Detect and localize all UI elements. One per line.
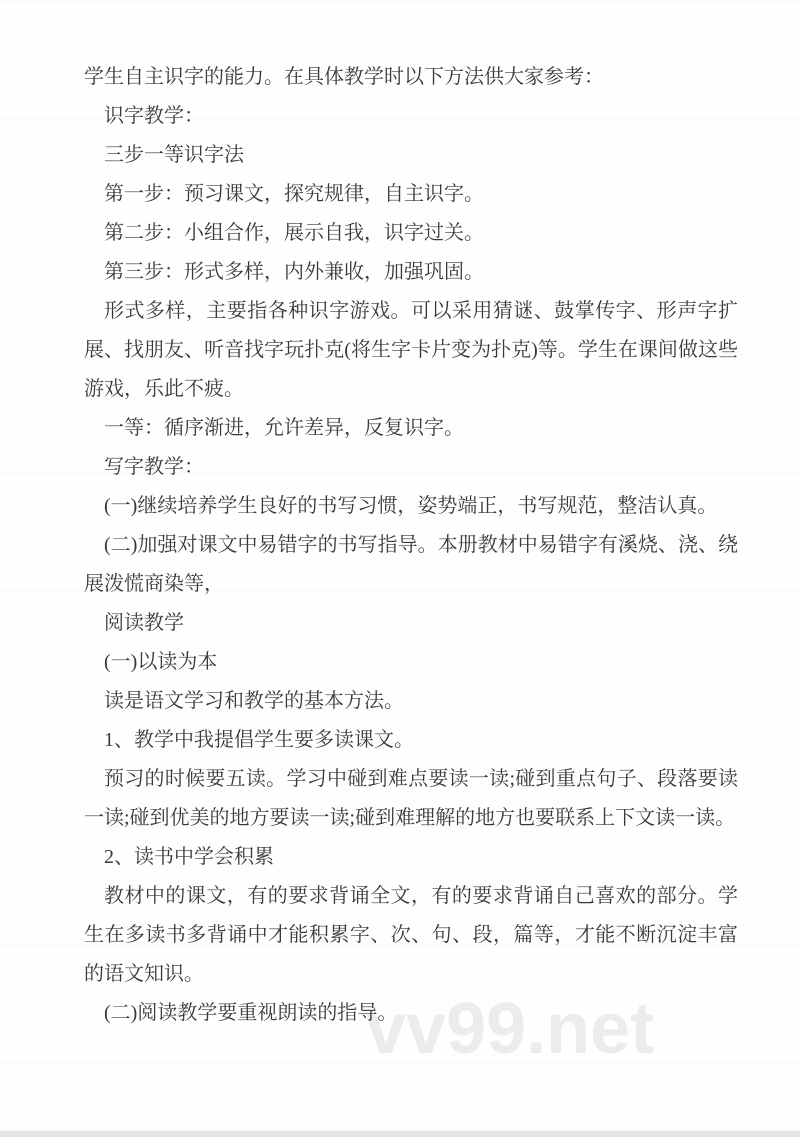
paragraph: 学生自主识字的能力。在具体教学时以下方法供大家参考： [84, 58, 738, 97]
paragraph: 读是语文学习和教学的基本方法。 [84, 682, 738, 721]
paragraph: 三步一等识字法 [84, 136, 738, 175]
paragraph: (二)加强对课文中易错字的书写指导。本册教材中易错字有溪烧、浇、绕展泼慌商染等， [84, 526, 738, 604]
paragraph: 预习的时候要五读。学习中碰到难点要读一读;碰到重点句子、段落要读一读;碰到优美的… [84, 760, 738, 838]
paragraph: 形式多样，主要指各种识字游戏。可以采用猜谜、鼓掌传字、形声字扩展、找朋友、听音找… [84, 292, 738, 409]
paragraph: (一)以读为本 [84, 643, 738, 682]
paragraph: 2、读书中学会积累 [84, 838, 738, 877]
paragraph: 第二步：小组合作，展示自我，识字过关。 [84, 214, 738, 253]
paragraph: 阅读教学 [84, 604, 738, 643]
paragraph: 1、教学中我提倡学生要多读课文。 [84, 721, 738, 760]
page-bottom-edge [0, 1130, 800, 1137]
paragraph: 写字教学： [84, 448, 738, 487]
paragraph: 一等：循序渐进，允许差异，反复识字。 [84, 409, 738, 448]
paragraph: 第一步：预习课文，探究规律，自主识字。 [84, 175, 738, 214]
document-page: vv99.net 学生自主识字的能力。在具体教学时以下方法供大家参考：识字教学：… [0, 0, 800, 1137]
paragraph: 识字教学： [84, 97, 738, 136]
paragraph: 教材中的课文，有的要求背诵全文，有的要求背诵自己喜欢的部分。学生在多读书多背诵中… [84, 877, 738, 994]
document-content: 学生自主识字的能力。在具体教学时以下方法供大家参考：识字教学：三步一等识字法第一… [84, 58, 738, 1033]
paragraph: 第三步：形式多样，内外兼收，加强巩固。 [84, 253, 738, 292]
paragraph: (一)继续培养学生良好的书写习惯，姿势端正，书写规范，整洁认真。 [84, 487, 738, 526]
paragraph: (二)阅读教学要重视朗读的指导。 [84, 994, 738, 1033]
